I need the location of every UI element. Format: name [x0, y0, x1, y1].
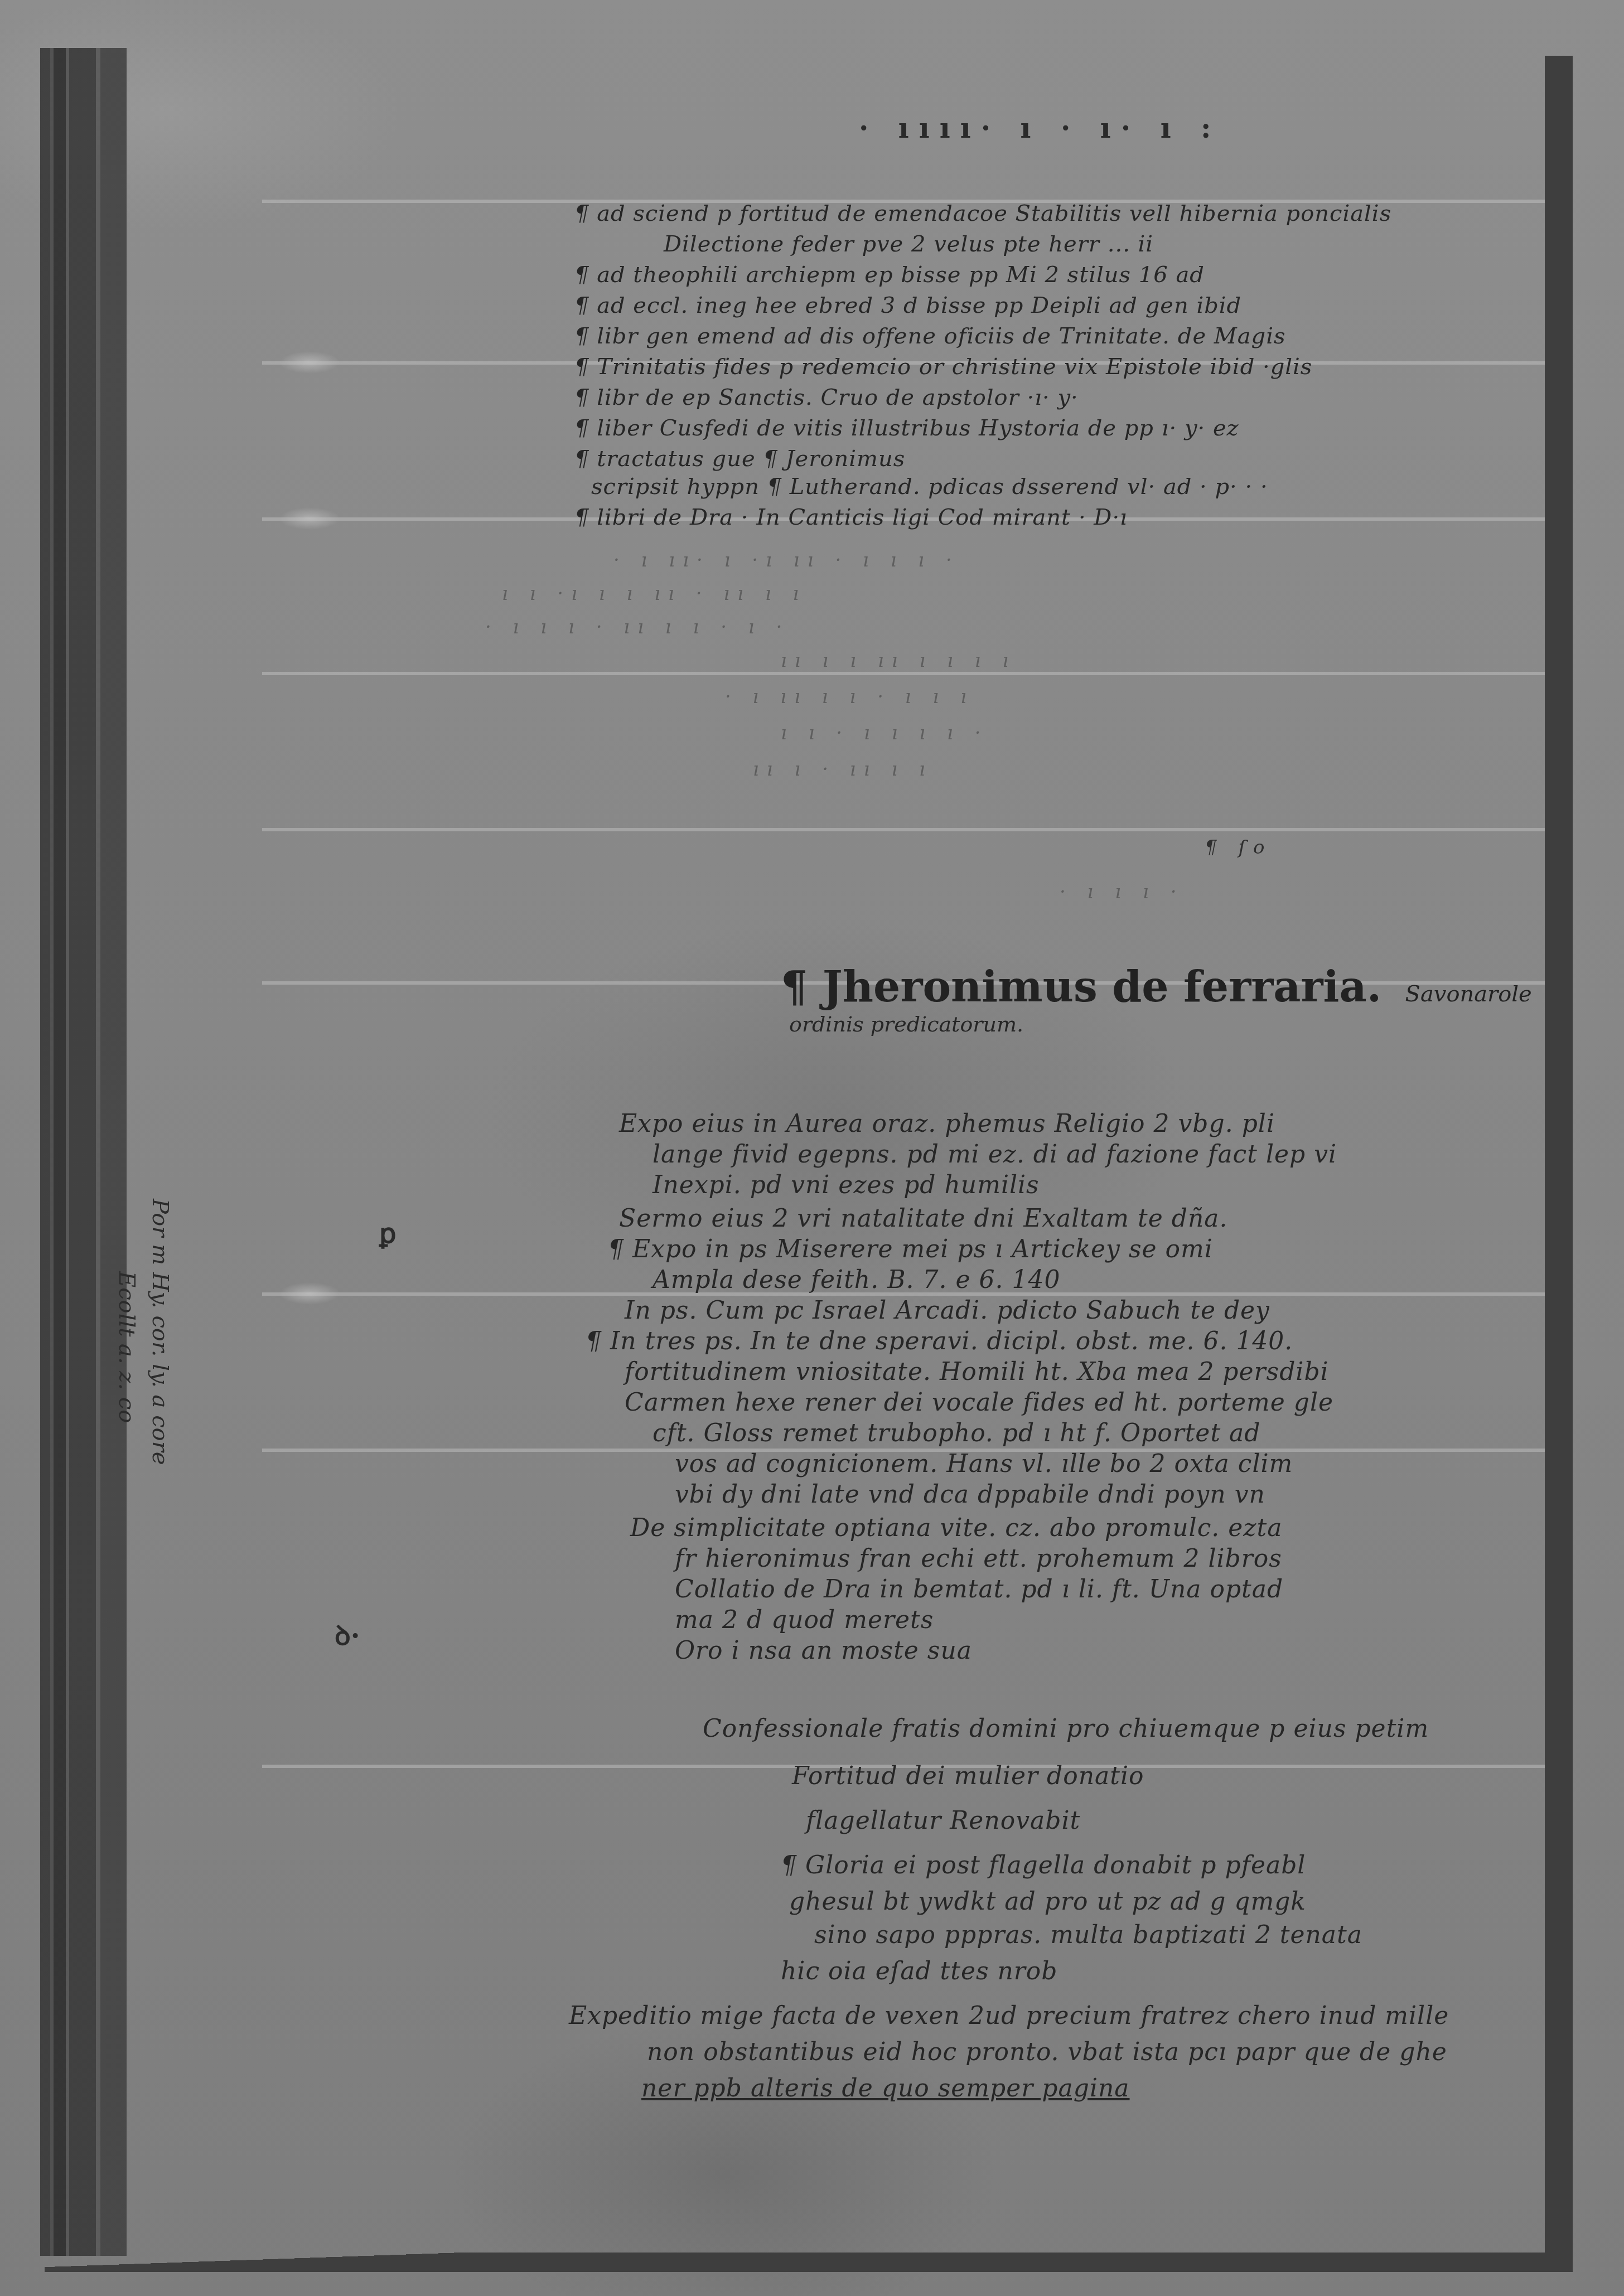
text-line: Oro i nsa an moste sua [675, 1636, 972, 1665]
faded-line: ıı ı · ıı ı ı [753, 758, 933, 781]
faded-line: ı ı · ı ı ı ı · [781, 722, 989, 744]
text-line: Sermo eius 2 vri natalitate dni Exaltam … [619, 1204, 1227, 1233]
faded-line: · ı ı ı · ıı ı ı · ı · [485, 616, 790, 638]
text-line: ¶ liber Cusfedi de vitis illustribus Hys… [574, 415, 1239, 441]
text-line: ¶ tractatus gue ¶ Jeronimus [574, 446, 905, 472]
text-line: Dilectione feder pve 2 velus pte herr ..… [664, 231, 1153, 257]
text-line: non obstantibus eid hoc pronto. vbat ist… [647, 2038, 1447, 2066]
text-line: fr hieronimus fran echi ett. prohemum 2 … [675, 1544, 1282, 1573]
faded-line: · ı ıı· ı ·ı ıı · ı ı ı · [613, 549, 960, 571]
page-right-edge [1545, 56, 1573, 2261]
text-line: ¶ In tres ps. In te dne speravi. dicipl.… [586, 1327, 1293, 1355]
margin-sigil: ꝺ· [335, 1617, 360, 1653]
text-line: sino sapo pppras. multa baptizati 2 tena… [814, 1921, 1362, 1949]
text-line: Confessionale fratis domini pro chiuemqu… [703, 1714, 1429, 1743]
text-line: scripsit hyppn ¶ Lutherand. pdicas dsser… [591, 474, 1268, 500]
margin-sigil: ꝑ [379, 1218, 396, 1249]
text-line: ¶ libr de ep Sanctis. Cruo de apstolor ·… [574, 385, 1079, 410]
faded-line: · ı ıı ı ı · ı ı ı [725, 686, 974, 708]
vertical-margin-note: Por m Hy. cor. ly. a core Ecollt a. z. c… [106, 1199, 217, 1533]
text-line: Fortitud dei mulier donatio [792, 1762, 1144, 1790]
text-line: ¶ libri de Dra · In Canticis ligi Cod mi… [574, 505, 1128, 530]
fold-line [262, 828, 1545, 831]
text-line: flagellatur Renovabit [806, 1806, 1080, 1835]
text-line: hic oia eſad ttes nrob [781, 1957, 1058, 1985]
margin-note-line: Ecollt a. z. co [114, 1271, 139, 1423]
manuscript-page: · ıııı· ı · ı· ı : ¶ ad sciend p fortitu… [0, 0, 1624, 2296]
text-line: Expeditio mige facta de vexen 2ud preciu… [569, 2002, 1449, 2030]
text-line: De simplicitate optiana vite. cz. abo pr… [630, 1514, 1282, 1542]
section-heading: ¶ Jheronimus de ferraria. Savonarole [781, 962, 1532, 1011]
text-line: vos ad cognicionem. Hans vl. ılle bo 2 o… [675, 1450, 1293, 1478]
faded-line: · ı ı ı · [1060, 881, 1184, 903]
text-line: Collatio de Dra in bemtat. pd ı li. ft. … [675, 1575, 1283, 1604]
margin-note-line: Por m Hy. cor. ly. a core [147, 1199, 173, 1465]
text-line: ¶ Expo in ps Miserere mei ps ı Artickey … [608, 1235, 1213, 1263]
text-line: ¶ ad sciend p fortitud de emendacoe Stab… [574, 201, 1391, 226]
text-line: cft. Gloss remet trubopho. pd ı ht f. Op… [652, 1419, 1260, 1447]
fold-line [262, 672, 1545, 675]
text-line: Carmen hexe rener dei vocale fides ed ht… [625, 1388, 1333, 1417]
text-line: ¶ Trinitatis fides p redemcio or christi… [574, 354, 1312, 380]
binding-edge [40, 48, 127, 2256]
faded-line: ı ı ·ı ı ı ıı · ıı ı ı [502, 583, 807, 605]
text-line: Inexpi. pd vni ezes pd humilis [652, 1171, 1040, 1199]
text-line: In ps. Cum pc Israel Arcadi. pdicto Sabu… [625, 1296, 1270, 1325]
section-aside: Savonarole [1405, 981, 1532, 1007]
text-line: ner ppb alteris de quo semper pagina [641, 2074, 1130, 2103]
text-line: ¶ ad theophili archiepm ep bisse pp Mi 2… [574, 262, 1205, 288]
section-subtitle: ordinis predicatorum. [789, 1012, 1023, 1036]
text-line: ghesul bt ywdkt ad pro ut pz ad g qmgk [789, 1887, 1306, 1916]
text-line: ¶ Gloria ei post flagella donabit p pfea… [781, 1851, 1306, 1880]
faded-line: ¶ ſo [1205, 836, 1273, 859]
section-title: ¶ Jheronimus de ferraria. [781, 962, 1381, 1011]
text-line: Expo eius in Aurea oraz. phemus Religio … [619, 1110, 1275, 1138]
text-line: fortitudinem vniositate. Homili ht. Xba … [625, 1358, 1329, 1386]
text-line: ¶ ad eccl. ineg hee ebred 3 d bisse pp D… [574, 293, 1241, 318]
text-line: vbi dy dni late vnd dca dppabile dndi po… [675, 1480, 1265, 1509]
text-line: lange fivid egepns. pd mi ez. di ad fazi… [652, 1140, 1337, 1169]
page-bottom-edge [45, 2253, 1573, 2272]
text-line: ma 2 d quod merets [675, 1606, 934, 1634]
faded-line: ıı ı ı ıı ı ı ı ı [781, 650, 1016, 672]
text-line: Ampla dese feith. B. 7. e 6. 140 [652, 1266, 1060, 1294]
header-marks: · ıııı· ı · ı· ı : [859, 112, 1221, 144]
text-line: ¶ libr gen emend ad dis offene oficiis d… [574, 323, 1286, 349]
